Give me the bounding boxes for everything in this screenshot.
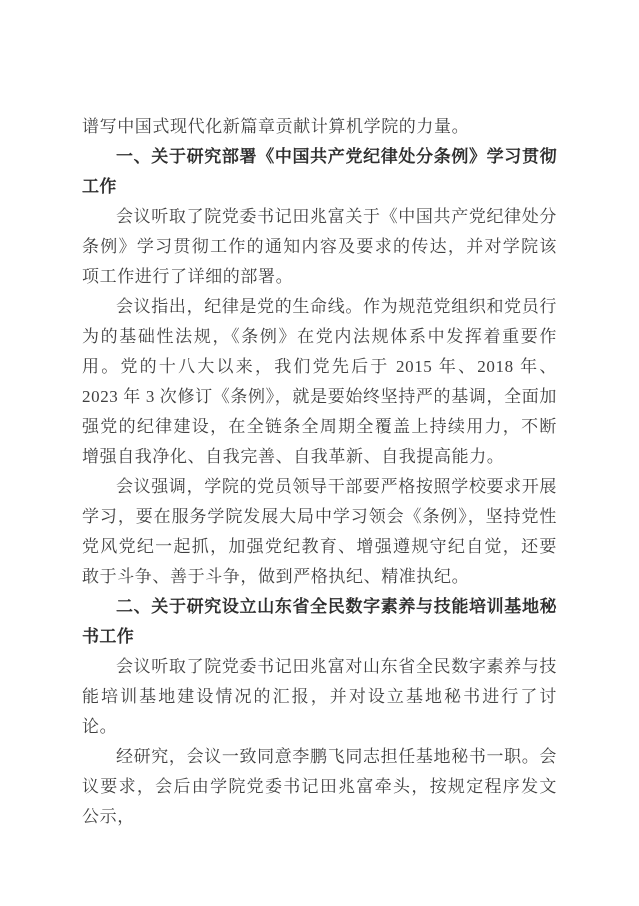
section-heading-2: 二、关于研究设立山东省全民数字素养与技能培训基地秘书工作 [82,592,557,652]
paragraph-section2-report: 会议听取了院党委书记田兆富对山东省全民数字素养与技能培训基地建设情况的汇报，并对… [82,652,557,742]
paragraph-section1-emphasis: 会议强调，学院的党员领导干部要严格按照学校要求开展学习，要在服务学院发展大局中学… [82,472,557,592]
paragraph-continuation-line: 谱写中国式现代化新篇章贡献计算机学院的力量。 [82,112,557,142]
paragraph-section1-discipline-lifeline: 会议指出，纪律是党的生命线。作为规范党组织和党员行为的基础性法规，《条例》在党内… [82,292,557,472]
paragraph-section2-decision: 经研究，会议一致同意李鹏飞同志担任基地秘书一职。会议要求，会后由学院党委书记田兆… [82,742,557,832]
paragraph-section1-deployment: 会议听取了院党委书记田兆富关于《中国共产党纪律处分条例》学习贯彻工作的通知内容及… [82,202,557,292]
document-page: 谱写中国式现代化新篇章贡献计算机学院的力量。 一、关于研究部署《中国共产党纪律处… [0,0,639,906]
section-heading-1: 一、关于研究部署《中国共产党纪律处分条例》学习贯彻工作 [82,142,557,202]
document-text-block: 谱写中国式现代化新篇章贡献计算机学院的力量。 一、关于研究部署《中国共产党纪律处… [82,112,557,832]
